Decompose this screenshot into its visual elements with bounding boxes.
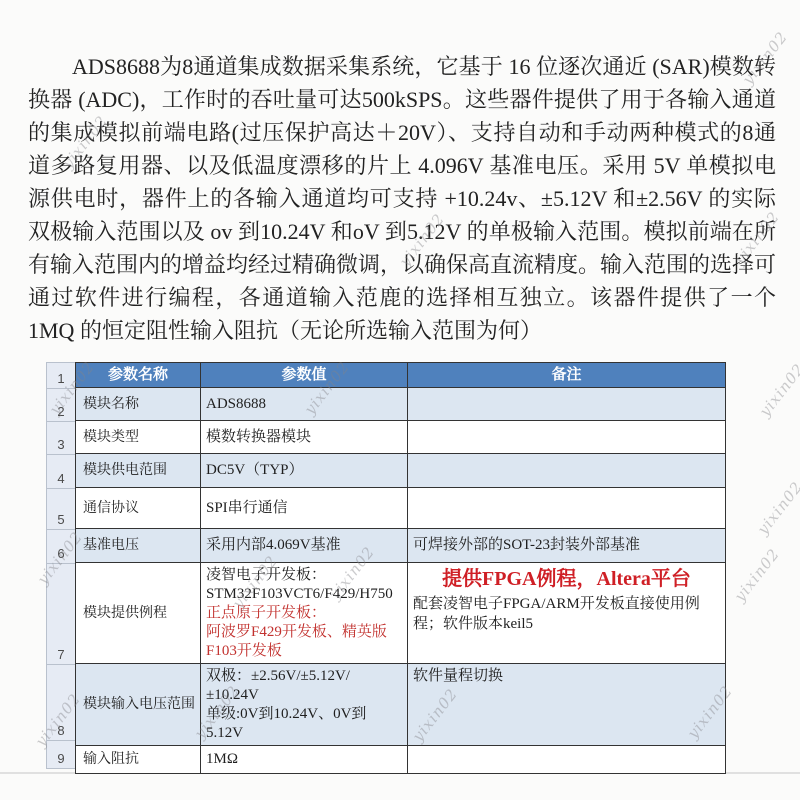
bipolar-range-line: 双极：±2.56V/±5.12V/±10.24V (206, 667, 402, 705)
param-label: 模块类型 (76, 421, 201, 454)
param-value: 采用内部4.069V基准 (201, 529, 408, 563)
param-remark: 软件量程切换 (408, 664, 726, 746)
table-row-reference: 基准电压 采用内部4.069V基准 可焊接外部的SOT-23封装外部基准 (76, 529, 726, 563)
param-label: 输入阻抗 (76, 746, 201, 774)
row-number: 3 (47, 421, 75, 454)
param-remark (408, 746, 726, 774)
header-param-value: 参数值 (201, 363, 408, 388)
param-value: DC5V（TYP） (201, 454, 408, 488)
table-row-module-type: 模块类型 模数转换器模块 (76, 421, 726, 454)
row-number: 4 (47, 454, 75, 488)
table-row-protocol: 通信协议 SPI串行通信 (76, 488, 726, 529)
row-number: 1 (47, 363, 75, 388)
watermark-text: yixin02 (754, 478, 800, 538)
param-remark: 提供FPGA例程，Altera平台 配套凌智电子FPGA/ARM开发板直接使用例… (408, 563, 726, 664)
table-row-module-name: 模块名称 ADS8688 (76, 388, 726, 421)
table-row-input-range: 模块输入电压范围 双极：±2.56V/±5.12V/±10.24V 单级:0V到… (76, 664, 726, 746)
param-remark (408, 488, 726, 529)
unipolar-range-line: 单级:0V到10.24V、0V到5.12V (206, 705, 402, 743)
fpga-highlight-text: 提供FPGA例程，Altera平台 (413, 567, 720, 592)
param-value: 凌智电子开发板： STM32F103VCT6/F429/H750 正点原子开发板… (201, 563, 408, 664)
example-boards-line: STM32F103VCT6/F429/H750 (206, 585, 402, 604)
param-label: 模块供电范围 (76, 454, 201, 488)
watermark-text: yixin02 (756, 360, 800, 420)
param-label: 模块名称 (76, 388, 201, 421)
fpga-remark-text: 配套凌智电子FPGA/ARM开发板直接使用例程；软件版本keil5 (413, 594, 720, 634)
row-number-gutter: 1 2 3 4 5 6 7 8 9 (46, 362, 75, 769)
param-label: 通信协议 (76, 488, 201, 529)
param-value: 模数转换器模块 (201, 421, 408, 454)
param-value: 双极：±2.56V/±5.12V/±10.24V 单级:0V到10.24V、0V… (201, 664, 408, 746)
row-number: 8 (47, 664, 75, 740)
row-number: 7 (47, 563, 75, 664)
header-param-name: 参数名称 (76, 363, 201, 388)
example-boards-red-line: F103开发板 (206, 642, 402, 661)
row-number: 2 (47, 388, 75, 421)
row-number: 9 (47, 740, 75, 768)
param-value: SPI串行通信 (201, 488, 408, 529)
header-remark: 备注 (408, 363, 726, 388)
param-label: 基准电压 (76, 529, 201, 563)
param-remark (408, 388, 726, 421)
product-description-page: yixin02 yixin02 yixin02 yixin02 yixin02 … (0, 0, 800, 800)
example-boards-red-line: 阿波罗F429开发板、精英版 (206, 623, 402, 642)
param-remark (408, 454, 726, 488)
table-header-row: 参数名称 参数值 备注 (76, 363, 726, 388)
row-number: 5 (47, 488, 75, 529)
param-value: 1MΩ (201, 746, 408, 774)
table-row-examples: 模块提供例程 凌智电子开发板： STM32F103VCT6/F429/H750 … (76, 563, 726, 664)
watermark-text: yixin02 (731, 545, 784, 605)
param-label: 模块输入电压范围 (76, 664, 201, 746)
parameter-table: 参数名称 参数值 备注 模块名称 ADS8688 模块类型 模数转换器模块 模块… (75, 362, 726, 774)
example-boards-red-line: 正点原子开发板： (206, 604, 402, 623)
table-row-power-range: 模块供电范围 DC5V（TYP） (76, 454, 726, 488)
row-number: 6 (47, 529, 75, 563)
param-label: 模块提供例程 (76, 563, 201, 664)
intro-paragraph: ADS8688为8通道集成数据采集系统，它基于 16 位逐次通近 (SAR)模数… (28, 50, 776, 347)
param-remark (408, 421, 726, 454)
param-value: ADS8688 (201, 388, 408, 421)
param-remark: 可焊接外部的SOT-23封装外部基准 (408, 529, 726, 563)
example-boards-line: 凌智电子开发板： (206, 566, 402, 585)
table-row-impedance: 输入阻抗 1MΩ (76, 746, 726, 774)
